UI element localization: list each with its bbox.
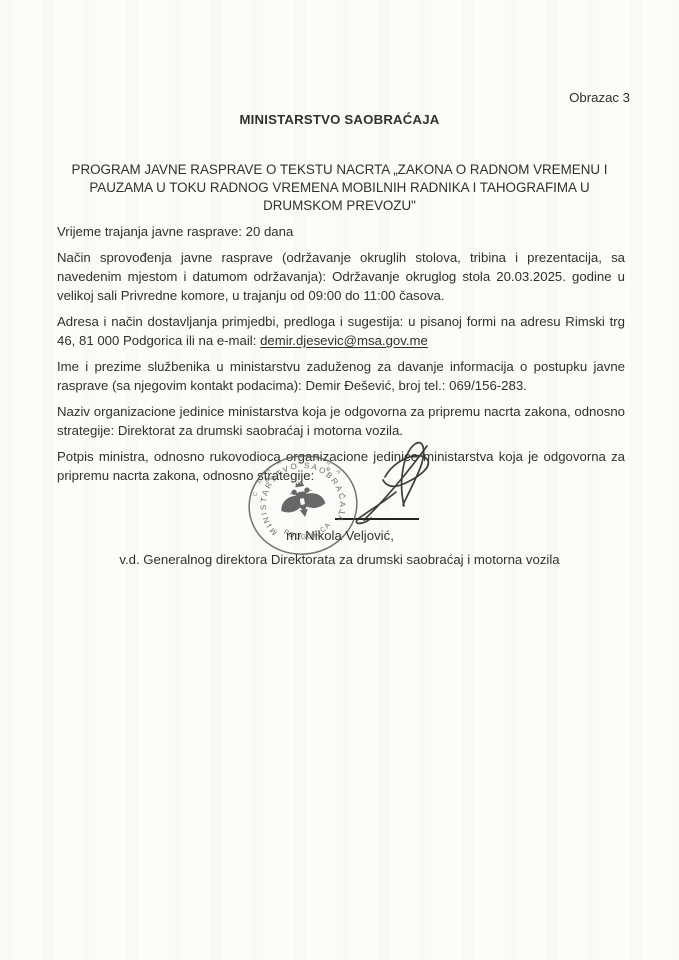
title-line-1: PROGRAM JAVNE RASPRAVE O TEKSTU NACRTA „…	[36, 161, 643, 179]
email-link[interactable]: demir.djesevic@msa.gov.me	[260, 333, 428, 348]
ministry-header: MINISTARSTVO SAOBRAĆAJA	[0, 112, 679, 127]
signatory-name: mr Nikola Veljović,	[240, 528, 440, 543]
paragraph-address: Adresa i način dostavljanja primjedbi, p…	[57, 312, 625, 350]
form-number-label: Obrazac 3	[569, 90, 630, 105]
document-page: Obrazac 3 MINISTARSTVO SAOBRAĆAJA PROGRA…	[0, 0, 679, 960]
handwritten-signature	[288, 428, 440, 530]
paragraph-duration: Vrijeme trajanja javne rasprave: 20 dana	[57, 222, 625, 241]
title-line-2: PAUZAMA U TOKU RADNOG VREMENA MOBILNIH R…	[36, 179, 643, 197]
paragraph-method: Način sprovođenja javne rasprave (održav…	[57, 248, 625, 305]
paragraph-contact-person: Ime i prezime službenika u ministarstvu …	[57, 357, 625, 395]
signatory-role: v.d. Generalnog direktora Direktorata za…	[0, 552, 679, 567]
document-title: PROGRAM JAVNE RASPRAVE O TEKSTU NACRTA „…	[36, 161, 643, 214]
title-line-3: DRUMSKOM PREVOZU"	[36, 197, 643, 215]
